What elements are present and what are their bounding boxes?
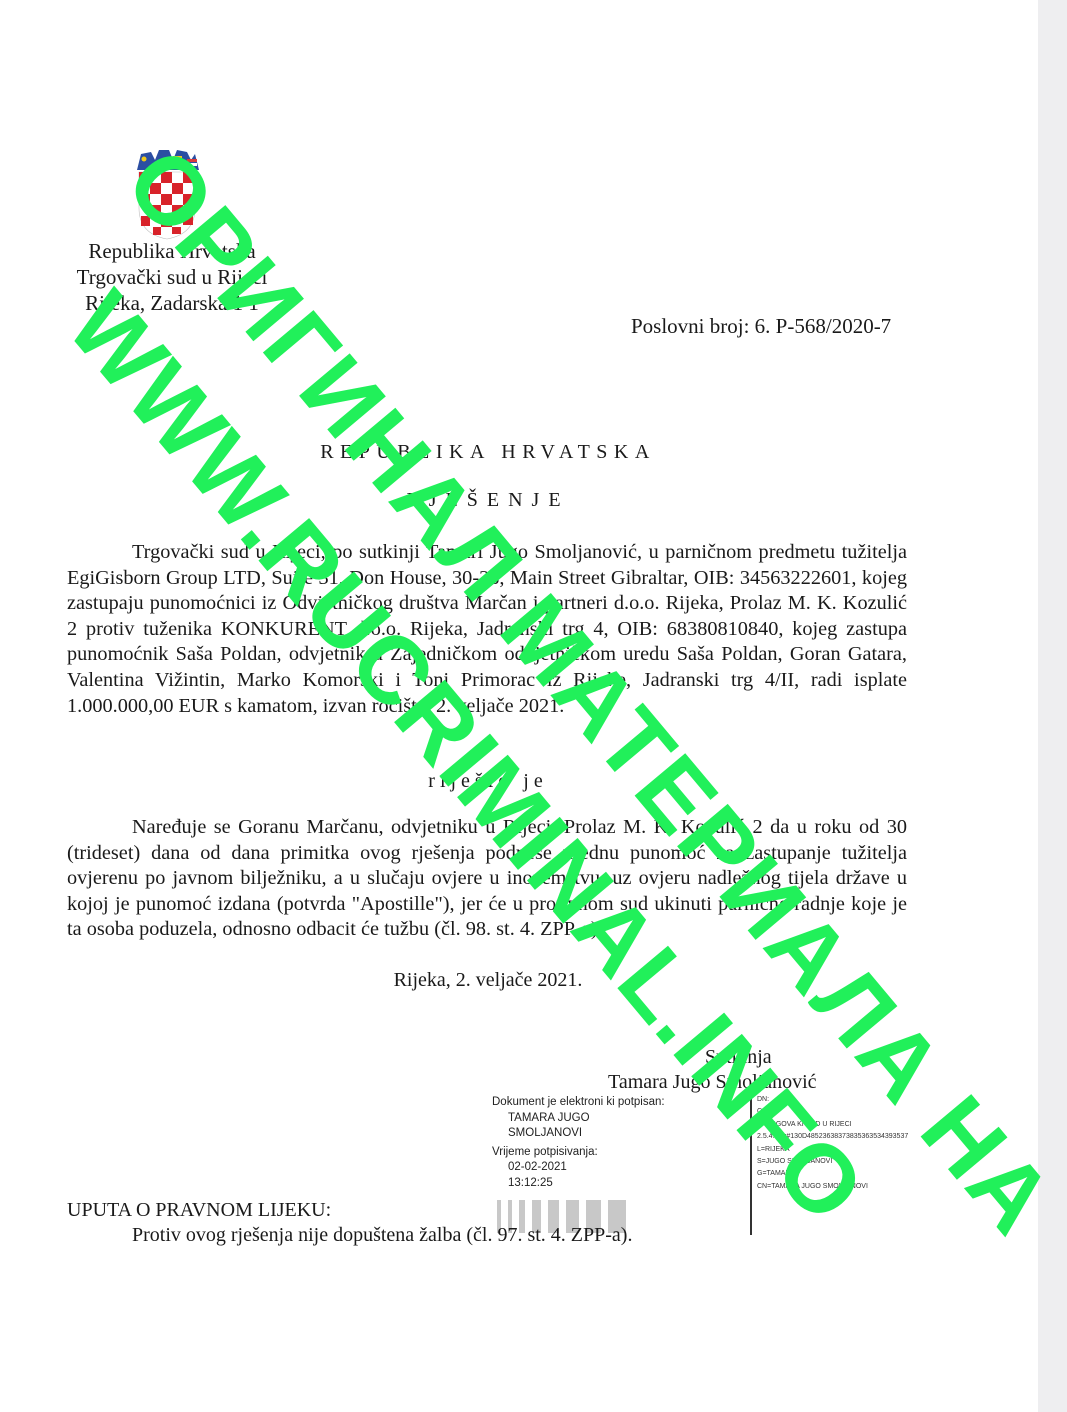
certificate-line: CN=TAMARA JUGO SMOLJANOVI bbox=[757, 1181, 908, 1193]
sign-time-label: Vrijeme potpisivanja: bbox=[492, 1145, 665, 1161]
court-header: Republika Hrvatska Trgovački sud u Rijec… bbox=[60, 238, 284, 316]
legal-remedy-text: Protiv ovog rješenja nije dopuštena žalb… bbox=[132, 1224, 632, 1247]
certificate-line: G=TAMARA bbox=[757, 1168, 908, 1180]
sign-date: 02-02-2021 bbox=[492, 1160, 665, 1176]
header-address: Rijeka, Zadarska 1 1 bbox=[60, 290, 284, 316]
coat-of-arms-icon bbox=[133, 148, 201, 240]
certificate-details: DN:C=HRO=TRGOVA KI SUD U RIJECI2.5.4.97=… bbox=[757, 1094, 908, 1193]
signer-name-2: SMOLJANOVI bbox=[492, 1126, 665, 1142]
judge-name: Tamara Jugo Smoljanović bbox=[608, 1071, 817, 1094]
header-country: Republika Hrvatska bbox=[60, 238, 284, 264]
order-paragraph: Naređuje se Goranu Marčanu, odvjetniku u… bbox=[67, 815, 907, 943]
certificate-line: DN: bbox=[757, 1094, 908, 1106]
header-court: Trgovački sud u Rijeci bbox=[60, 264, 284, 290]
place-date: Rijeka, 2. veljače 2021. bbox=[0, 969, 976, 992]
certificate-line: S=JUGO SMOLJANOVI bbox=[757, 1156, 908, 1168]
signer-name-1: TAMARA JUGO bbox=[492, 1111, 665, 1127]
document-page: Republika Hrvatska Trgovački sud u Rijec… bbox=[0, 0, 1038, 1412]
country-title: REPUBLIKA HRVATSKA bbox=[0, 441, 976, 464]
signature-divider bbox=[750, 1095, 752, 1235]
legal-remedy-title: UPUTA O PRAVNOM LIJEKU: bbox=[67, 1199, 331, 1222]
certificate-line: L=RIJEKA bbox=[757, 1144, 908, 1156]
certificate-line: O=TRGOVA KI SUD U RIJECI bbox=[757, 1119, 908, 1131]
viewer-side-strip bbox=[1038, 0, 1067, 1412]
certificate-line: 2.5.4.97=#130D48523638373835363534393537 bbox=[757, 1131, 908, 1143]
sign-time: 13:12:25 bbox=[492, 1176, 665, 1192]
judge-role: Sutkinja bbox=[705, 1046, 772, 1069]
certificate-line: C=HR bbox=[757, 1106, 908, 1118]
intro-paragraph: Trgovački sud u Rijeci, po sutkinji Tama… bbox=[67, 540, 907, 719]
case-number: Poslovni broj: 6. P-568/2020-7 bbox=[631, 314, 891, 339]
order-text: Naređuje se Goranu Marčanu, odvjetniku u… bbox=[67, 816, 907, 940]
e-sign-label: Dokument je elektroni ki potpisan: bbox=[492, 1095, 665, 1111]
e-signature-block: Dokument je elektroni ki potpisan: TAMAR… bbox=[492, 1095, 665, 1191]
document-type-title: RJEŠENJE bbox=[0, 489, 976, 512]
ruling-title: riješio je bbox=[0, 770, 976, 793]
intro-text: Trgovački sud u Rijeci, po sutkinji Tama… bbox=[67, 541, 907, 717]
